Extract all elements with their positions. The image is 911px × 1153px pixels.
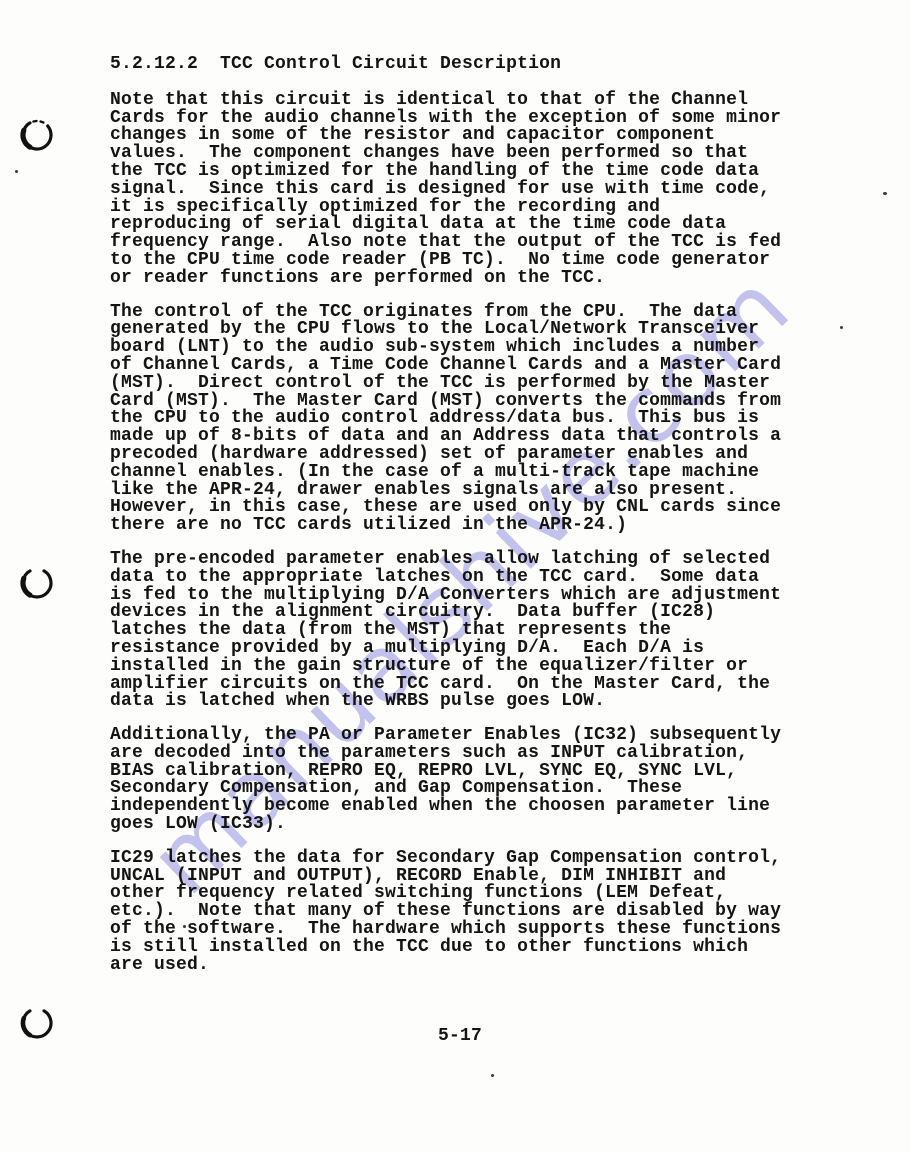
binder-ring-mark	[14, 112, 60, 158]
binder-ring-mark	[14, 560, 60, 606]
binder-ring-mark	[14, 1000, 60, 1046]
document-body: 5.2.12.2 TCC Control Circuit Description…	[110, 56, 850, 990]
section-heading: 5.2.12.2 TCC Control Circuit Description	[110, 56, 850, 74]
paragraph-1: Note that this circuit is identical to t…	[110, 92, 850, 288]
page-number: 5-17	[110, 1026, 810, 1046]
document-page: manualshive.com 5.2.12.2 TCC Control Cir…	[0, 0, 911, 1153]
scan-speck	[183, 925, 186, 928]
scan-speck	[491, 1074, 494, 1077]
paragraph-5: IC29 latches the data for Secondary Gap …	[110, 850, 850, 975]
paragraph-3: The pre-encoded parameter enables allow …	[110, 551, 850, 711]
scan-speck	[883, 192, 887, 195]
paragraph-4: Additionally, the PA or Parameter Enable…	[110, 727, 850, 834]
paragraph-2: The control of the TCC originates from t…	[110, 304, 850, 535]
scan-speck	[840, 326, 843, 329]
scan-speck	[15, 170, 18, 173]
